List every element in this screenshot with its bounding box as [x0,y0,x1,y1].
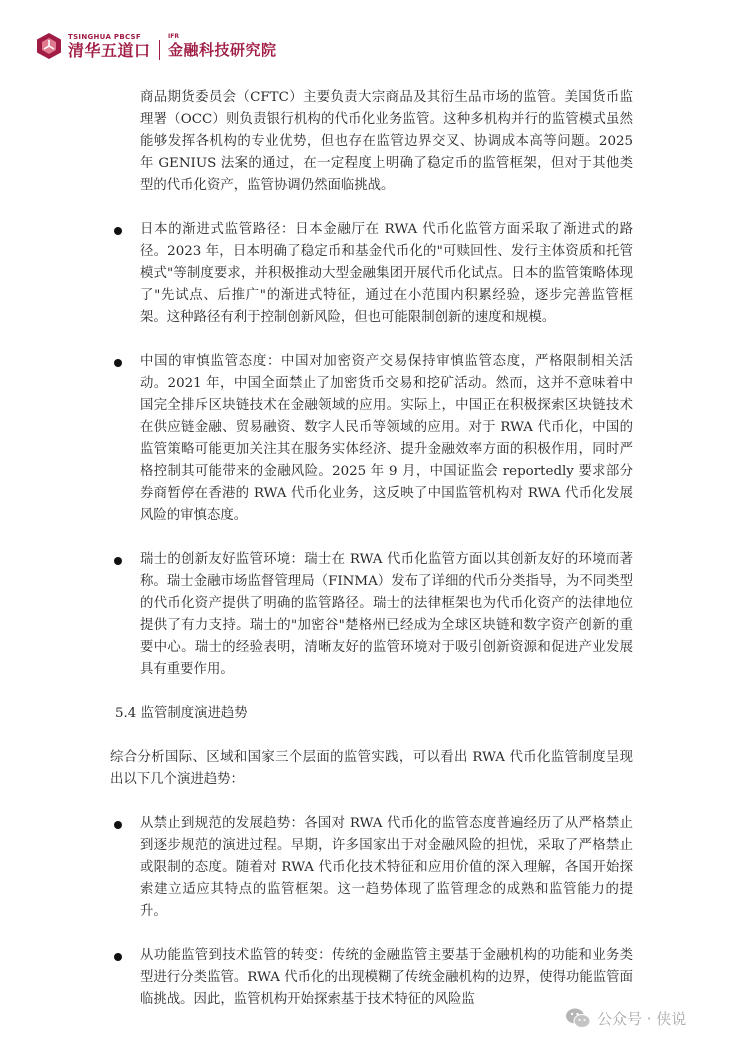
bullet-text: 瑞士的创新友好监管环境：瑞士在 RWA 代币化监管方面以其创新友好的环境而著称。… [140,552,633,677]
brand-ifr-label: IFR [168,34,277,40]
bullet-item-trend-technical: 从功能监管到技术监管的转变：传统的金融监管主要基于金融机构的功能和业务类型进行分… [113,945,633,1011]
continuation-paragraph: 商品期货委员会（CFTC）主要负责大宗商品及其衍生品市场的监管。美国货币监理署（… [113,87,633,197]
watermark-text: 公众号 · 侠说 [597,1008,686,1029]
bullet-item-switzerland: 瑞士的创新友好监管环境：瑞士在 RWA 代币化监管方面以其创新友好的环境而著称。… [113,549,633,681]
bullet-text: 中国的审慎监管态度：中国对加密资产交易保持审慎监管态度，严格限制相关活动。202… [140,354,633,523]
brand-institute: 金融科技研究院 [168,43,277,58]
bullet-icon [114,557,122,565]
brand-divider [159,40,161,60]
intro-paragraph: 综合分析国际、区域和国家三个层面的监管实践，可以看出 RWA 代币化监管制度呈现… [110,747,633,791]
section-heading: 5.4 监管制度演进趋势 [113,703,633,725]
wechat-icon [565,1007,591,1029]
bullet-item-china: 中国的审慎监管态度：中国对加密资产交易保持审慎监管态度，严格限制相关活动。202… [113,351,633,527]
brand-tsinghua: TSINGHUA PBCSF 清华五道口 [68,34,151,59]
bullet-icon [114,227,122,235]
bullet-item-trend-prohibition: 从禁止到规范的发展趋势：各国对 RWA 代币化的监管态度普遍经历了从严格禁止到逐… [113,813,633,923]
bullet-item-japan: 日本的渐进式监管路径：日本金融厅在 RWA 代币化监管方面采取了渐进式的路径。2… [113,219,633,329]
bullet-icon [114,953,122,961]
brand-cn: 清华五道口 [68,43,151,59]
tsinghua-logo-icon [36,32,62,60]
bullet-icon [114,821,122,829]
bullet-icon [114,359,122,367]
document-body: 商品期货委员会（CFTC）主要负责大宗商品及其衍生品市场的监管。美国货币监理署（… [113,87,633,1011]
bullet-text: 从功能监管到技术监管的转变：传统的金融监管主要基于金融机构的功能和业务类型进行分… [140,948,633,1007]
page-header: TSINGHUA PBCSF 清华五道口 IFR 金融科技研究院 [36,30,277,62]
watermark: 公众号 · 侠说 [565,1007,686,1029]
brand-en: TSINGHUA PBCSF [68,34,151,41]
bullet-text: 从禁止到规范的发展趋势：各国对 RWA 代币化的监管态度普遍经历了从严格禁止到逐… [140,816,633,919]
bullet-text: 日本的渐进式监管路径：日本金融厅在 RWA 代币化监管方面采取了渐进式的路径。2… [140,222,633,325]
brand-ifr: IFR 金融科技研究院 [168,34,277,58]
